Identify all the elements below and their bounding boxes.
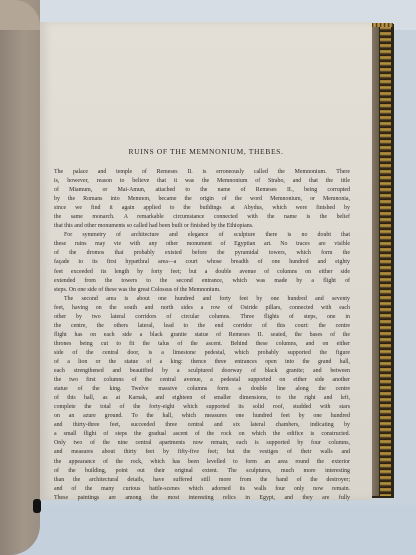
text-line: flight has on each side a black granite … (54, 331, 350, 340)
body-text: The palace and temple of Remeses II. is … (54, 168, 350, 503)
text-line: feet, having on the south and north side… (54, 304, 350, 313)
text-line: and thirty-three feet, succeeded three c… (54, 421, 350, 430)
text-line: these ruins may vie with any other monum… (54, 240, 350, 249)
text-line: For symmetry of architecture and eleganc… (54, 231, 350, 240)
text-line: side of the central door, is a limestone… (54, 349, 350, 358)
text-line: thrones being cut to fit the talus of th… (54, 340, 350, 349)
bookmark-ribbon-icon (33, 499, 41, 513)
text-line: of this hall, as at Karnak, and eighteen… (54, 394, 350, 403)
text-line: Only two of the nine central apartments … (54, 439, 350, 448)
text-line: the centre, the others lateral, lead to … (54, 322, 350, 331)
text-line: than the architectural details, have suf… (54, 476, 350, 485)
text-line: by the Romans into Memnon, became the or… (54, 195, 350, 204)
text-line: The palace and temple of Remeses II. is … (54, 168, 350, 177)
text-line: of a lion or the statue of a king: thenc… (54, 358, 350, 367)
page-title: RUINS OF THE MEMNONIUM, THEBES. (40, 147, 372, 156)
text-line: the appearance of the rock, which has be… (54, 458, 350, 467)
page-block-edge (371, 26, 379, 496)
text-line: steps. On one side of these was the grea… (54, 286, 350, 295)
book-page: RUINS OF THE MEMNONIUM, THEBES. The pala… (40, 22, 372, 500)
text-line: since we find it again applied to the bu… (54, 204, 350, 213)
text-line: is, however, reason to believe that it w… (54, 177, 350, 186)
text-line: the same monarch. A remarkable circumsta… (54, 213, 350, 222)
text-line: feet exceeded its length by forty feet; … (54, 268, 350, 277)
text-line: of Miamum, or Mai-Amun, attached to the … (54, 186, 350, 195)
text-line: complete the total of the forty-eight wh… (54, 403, 350, 412)
text-line: each strengthened and beautified by a sc… (54, 367, 350, 376)
text-line: and of the many curious battle-scenes wh… (54, 485, 350, 494)
text-line: The second area is about one hundred and… (54, 295, 350, 304)
text-line: and measures about thirty feet by fifty-… (54, 448, 350, 457)
text-line: façade to its first hypæthral area—a cou… (54, 258, 350, 267)
text-line: of the dromos that probably existed befo… (54, 249, 350, 258)
text-line: the two first columns of the central ave… (54, 376, 350, 385)
facing-page-edge (0, 0, 40, 555)
text-line: of the building, point out their origina… (54, 467, 350, 476)
gilt-border-decoration (380, 26, 391, 496)
text-line: These paintings are among the most inter… (54, 494, 350, 503)
text-line: on an azure ground. To the hall, which m… (54, 412, 350, 421)
text-line: extended from the towers to the second e… (54, 277, 350, 286)
background-surface (0, 505, 416, 555)
text-line: statue of the king. Twelve massive colum… (54, 385, 350, 394)
text-line: that this and other monuments so called … (54, 222, 350, 231)
text-line: a small flight of steps the gradual asce… (54, 430, 350, 439)
text-line: other by two lateral corridors of circul… (54, 313, 350, 322)
